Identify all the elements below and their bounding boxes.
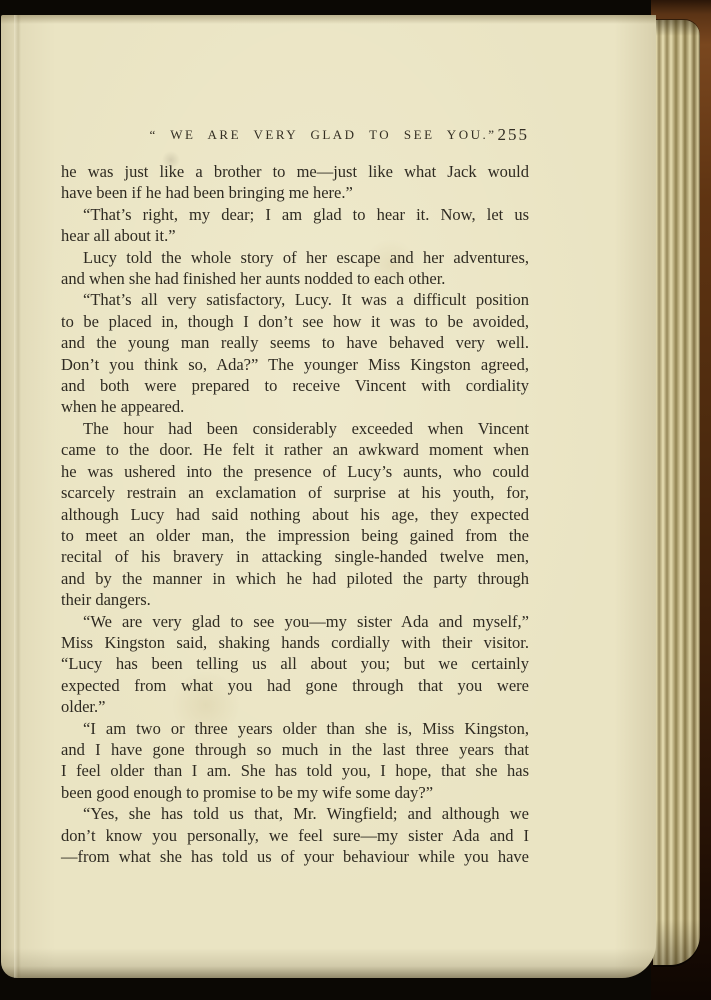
text-line: The hour had been considerably exceeded … [61,418,529,439]
scanned-book-photo: “ WE ARE VERY GLAD TO SEE YOU.” 255 he w… [0,0,711,1000]
text-line: Miss Kingston said, shaking hands cordia… [61,632,529,653]
paragraph: The hour had been considerably exceeded … [61,418,529,611]
book-page: “ WE ARE VERY GLAD TO SEE YOU.” 255 he w… [1,15,656,978]
text-line: “Yes, she has told us that, Mr. Wingfiel… [61,803,529,824]
running-header-title: “ WE ARE VERY GLAD TO SEE YOU.” [149,127,496,142]
text-line: —from what she has told us of your behav… [61,846,529,867]
text-line: have been if he had been bringing me her… [61,182,529,203]
text-line: “Lucy has been telling us all about you;… [61,653,529,674]
page-edge-stack [653,20,700,965]
text-line: don’t know you personally, we feel sure—… [61,825,529,846]
text-line: and both were prepared to receive Vincen… [61,375,529,396]
text-line: recital of his bravery in attacking sing… [61,546,529,567]
paragraph: “I am two or three years older than she … [61,718,529,804]
text-line: although Lucy had said nothing about his… [61,504,529,525]
text-line: and the young man really seems to have b… [61,332,529,353]
paragraph: Lucy told the whole story of her escape … [61,247,529,290]
text-line: older.” [61,696,529,717]
text-line: expected from what you had gone through … [61,675,529,696]
text-line: he was ushered into the presence of Lucy… [61,461,529,482]
text-line: scarcely restrain an exclamation of surp… [61,482,529,503]
text-line: “That’s all very satisfactory, Lucy. It … [61,289,529,310]
text-line: came to the door. He felt it rather an a… [61,439,529,460]
text-line: he was just like a brother to me—just li… [61,161,529,182]
text-line: when he appeared. [61,396,529,417]
text-line: Don’t you think so, Ada?” The younger Mi… [61,354,529,375]
text-line: to meet an older man, the impression bei… [61,525,529,546]
paragraph: “That’s all very satisfactory, Lucy. It … [61,289,529,417]
text-line: “That’s right, my dear; I am glad to hea… [61,204,529,225]
text-line: hear all about it.” [61,225,529,246]
page-text: he was just like a brother to me—just li… [61,161,529,867]
text-line: “I am two or three years older than she … [61,718,529,739]
text-line: and by the manner in which he had pilote… [61,568,529,589]
text-line: and I have gone through so much in the l… [61,739,529,760]
text-line: and when she had finished her aunts nodd… [61,268,529,289]
paragraph: “That’s right, my dear; I am glad to hea… [61,204,529,247]
text-line: their dangers. [61,589,529,610]
text-line: been good enough to promise to be my wif… [61,782,529,803]
text-line: “We are very glad to see you—my sister A… [61,611,529,632]
paragraph: he was just like a brother to me—just li… [61,161,529,204]
text-line: Lucy told the whole story of her escape … [61,247,529,268]
text-line: I feel older than I am. She has told you… [61,760,529,781]
paragraph: “We are very glad to see you—my sister A… [61,611,529,718]
running-header: “ WE ARE VERY GLAD TO SEE YOU.” 255 [61,127,529,147]
text-line: to be placed in, though I don’t see how … [61,311,529,332]
paragraph: “Yes, she has told us that, Mr. Wingfiel… [61,803,529,867]
page-number: 255 [498,125,530,145]
